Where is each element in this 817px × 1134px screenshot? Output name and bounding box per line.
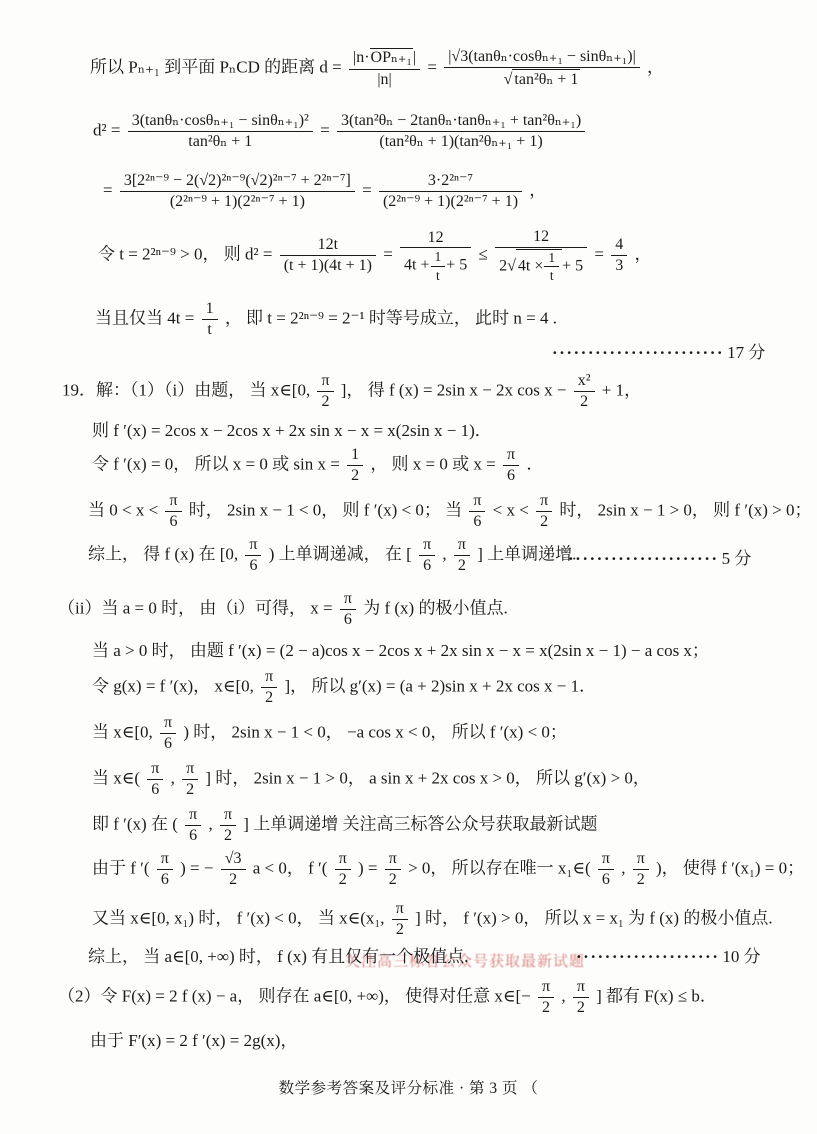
math-text: 2: [339, 871, 347, 888]
math-line-d-squared: d² = 3(tanθₙ·cosθₙ₊₁ − sinθₙ₊₁)² tan²θₙ …: [93, 112, 588, 151]
math-text: 12: [533, 228, 549, 245]
math-text: 当 x∈[0,: [92, 722, 153, 741]
math-text: 2: [186, 781, 194, 798]
math-text: （ii）当 a = 0 时， 由（i）可得， x =: [58, 598, 333, 617]
dotted-leader: ····················: [576, 947, 719, 966]
fraction: 3(tanθₙ·cosθₙ₊₁ − sinθₙ₊₁)² tan²θₙ + 1: [128, 112, 313, 151]
frac-denominator: t: [202, 320, 218, 339]
fraction: π 2: [454, 536, 470, 575]
frac-denominator: 2: [392, 920, 408, 939]
dotted-leader: ························: [552, 343, 724, 362]
frac-denominator: 2: [317, 392, 333, 411]
math-line-part2: （2）令 F(x) = 2 f (x) − a， 则存在 a∈[0, +∞)， …: [58, 978, 717, 1017]
math-text: 为 f (x) 的极小值点.: [363, 598, 507, 617]
math-text: 2: [265, 689, 273, 706]
fraction: 3·2²ⁿ⁻⁷ (2²ⁿ⁻⁹ + 1)(2²ⁿ⁻⁷ + 1): [379, 172, 522, 211]
fraction: π 2: [536, 492, 552, 531]
fraction: π 2: [335, 850, 351, 889]
frac-denominator: 2: [633, 870, 649, 889]
frac-numerator: π: [185, 806, 201, 826]
math-text: ,: [208, 814, 212, 833]
equals-sign: =: [103, 180, 113, 199]
frac-numerator: π: [385, 850, 401, 870]
fraction: |√3(tanθₙ·cosθₙ₊₁ − sinθₙ₊₁)| √tan²θₙ + …: [444, 48, 640, 89]
math-text: ,: [171, 768, 175, 787]
fraction: 12 4t +1t+ 5: [400, 229, 471, 283]
math-text: 令 g(x) = f ′(x)， x∈[0,: [92, 676, 254, 695]
math-text: 4: [615, 236, 623, 253]
frac-denominator: √tan²θₙ + 1: [444, 68, 640, 89]
math-text: + 5: [446, 257, 467, 274]
less-equal-sign: ≤: [479, 244, 488, 263]
math-text: ) 上单调递减， 在 [: [269, 544, 412, 563]
math-text: ) 时， 2sin x − 1 < 0， −a cos x < 0， 所以 f …: [183, 722, 567, 741]
fraction: 1t: [544, 250, 559, 283]
frac-numerator: 3·2²ⁿ⁻⁷: [379, 172, 522, 192]
frac-denominator: 6: [245, 556, 261, 575]
frac-numerator: |√3(tanθₙ·cosθₙ₊₁ − sinθₙ₊₁)|: [444, 48, 640, 68]
math-line-increasing-note: 即 f ′(x) 在 ( π 6 , π 2 ] 上单调递增 关注高三标答公众号…: [92, 806, 597, 845]
frac-denominator: 2: [454, 556, 470, 575]
fraction: π 6: [340, 590, 356, 629]
radicand: tan²θₙ + 1: [512, 69, 580, 89]
math-text: t: [207, 321, 211, 338]
frac-numerator: π: [220, 806, 236, 826]
frac-denominator: 2: [220, 826, 236, 845]
fraction: 1 t: [202, 300, 218, 339]
fraction: π 2: [538, 978, 554, 1017]
math-text: + 5: [562, 257, 583, 274]
math-line-monotonic-summary: 综上， 得 f (x) 在 [0, π 6 ) 上单调递减， 在 [ π 6 ,…: [88, 536, 576, 575]
math-text: > 0， 所以存在唯一 x₁∈(: [408, 858, 591, 877]
math-text: ，: [635, 244, 652, 263]
equals-sign: =: [362, 180, 372, 199]
math-line-derivative: 则 f ′(x) = 2cos x − 2cos x + 2x sin x − …: [92, 420, 492, 442]
math-text: 2: [577, 999, 585, 1016]
equals-sign: =: [383, 244, 393, 263]
frac-numerator: π: [340, 590, 356, 610]
frac-numerator: π: [598, 850, 614, 870]
equals-sign: =: [320, 120, 330, 139]
equals-sign: =: [594, 244, 604, 263]
math-text: 时， 2sin x − 1 > 0， 则 f ′(x) > 0；: [559, 500, 811, 519]
math-text: (2²ⁿ⁻⁹ + 1)(2²ⁿ⁻⁷ + 1): [383, 193, 518, 210]
frac-denominator: (t + 1)(4t + 1): [280, 256, 376, 275]
math-text: 令 f ′(x) = 0， 所以 x = 0 或 sin x =: [92, 454, 340, 473]
math-text: 1: [206, 300, 214, 317]
frac-denominator: 2: [182, 780, 198, 799]
fraction: π 2: [633, 850, 649, 889]
math-text: π: [423, 536, 431, 553]
frac-numerator: π: [317, 372, 333, 392]
math-text: 3(tanθₙ·cosθₙ₊₁ − sinθₙ₊₁)²: [132, 112, 309, 129]
math-text: 6: [151, 781, 159, 798]
math-text: ，: [529, 180, 546, 199]
fraction: π 6: [160, 714, 176, 753]
math-text: 3: [615, 257, 623, 274]
math-text: < x <: [493, 500, 529, 519]
math-text: π: [577, 978, 585, 995]
math-text: t: [436, 268, 440, 283]
math-line-interval-1: 当 x∈[0, π 6 ) 时， 2sin x − 1 < 0， −a cos …: [92, 714, 567, 753]
math-text: 3·2²ⁿ⁻⁷: [428, 172, 473, 189]
frac-numerator: π: [538, 978, 554, 998]
equals-sign: =: [427, 57, 437, 76]
radical-sign: √: [504, 71, 513, 88]
frac-numerator: π: [157, 850, 173, 870]
math-line-case-a0: （ii）当 a = 0 时， 由（i）可得， x = π 6 为 f (x) 的…: [58, 590, 508, 629]
fraction: π 6: [147, 760, 163, 799]
frac-numerator: π: [165, 492, 181, 512]
fraction: 3(tan²θₙ − 2tanθₙ·tanθₙ₊₁ + tan²θₙ₊₁) (t…: [337, 112, 585, 151]
frac-denominator: 6: [598, 870, 614, 889]
math-text: 6: [602, 871, 610, 888]
math-text: 令 t = 2²ⁿ⁻⁹ > 0， 则 d² =: [98, 244, 272, 263]
frac-numerator: |n·OPₙ₊₁|: [349, 48, 420, 69]
frac-numerator: 3(tan²θₙ − 2tanθₙ·tanθₙ₊₁ + tan²θₙ₊₁): [337, 112, 585, 132]
math-line-min-point: 又当 x∈[0, x₁) 时， f ′(x) < 0， 当 x∈(x₁, π 2…: [92, 900, 773, 939]
math-text: 6: [344, 611, 352, 628]
frac-numerator: π: [503, 446, 519, 466]
fraction: π 6: [157, 850, 173, 889]
frac-denominator: 2: [261, 688, 277, 707]
math-text: π: [249, 536, 257, 553]
frac-denominator: t: [431, 267, 446, 283]
fraction: |n·OPₙ₊₁| |n|: [349, 48, 420, 88]
frac-numerator: x²: [574, 372, 595, 392]
math-text: ．: [526, 454, 543, 473]
frac-numerator: π: [335, 850, 351, 870]
math-text: π: [161, 850, 169, 867]
math-text: ) = −: [180, 858, 213, 877]
frac-denominator: 2: [335, 870, 351, 889]
frac-denominator: tan²θₙ + 1: [128, 132, 313, 151]
math-text: 2: [224, 827, 232, 844]
math-text: 4t +: [404, 257, 429, 274]
frac-numerator: π: [536, 492, 552, 512]
math-line-distance: 所以 Pₙ₊₁ 到平面 PₙCD 的距离 d = |n·OPₙ₊₁| |n| =…: [90, 48, 664, 89]
fraction: 1 2: [347, 446, 363, 485]
frac-numerator: π: [454, 536, 470, 556]
frac-denominator: 2: [574, 392, 595, 411]
frac-denominator: 6: [419, 556, 435, 575]
math-line-F-derivative: 由于 F′(x) = 2 f ′(x) = 2g(x)，: [90, 1030, 297, 1052]
math-text: ] 上单调递增.: [477, 544, 576, 563]
math-text: ,: [621, 858, 625, 877]
math-text: π: [396, 900, 404, 917]
math-text: 1: [548, 250, 555, 265]
frac-denominator: 2: [538, 998, 554, 1017]
math-text: π: [344, 590, 352, 607]
math-line-simplify: = 3[2²ⁿ⁻⁹ − 2(√2)²ⁿ⁻⁹(√2)²ⁿ⁻⁷ + 2²ⁿ⁻⁷] (…: [103, 172, 546, 211]
fraction: 12 2√4t ×1t+ 5: [495, 228, 587, 283]
frac-denominator: (2²ⁿ⁻⁹ + 1)(2²ⁿ⁻⁷ + 1): [379, 192, 522, 211]
math-text: 6: [164, 735, 172, 752]
fraction: 4 3: [611, 236, 627, 275]
fraction: π 2: [182, 760, 198, 799]
frac-numerator: 12: [495, 228, 587, 248]
frac-numerator: 1: [544, 250, 559, 267]
math-text: 2: [229, 871, 237, 888]
frac-denominator: 2: [385, 870, 401, 889]
radical-sign: 2√: [499, 257, 516, 274]
math-text: t: [550, 268, 554, 283]
math-text: π: [169, 492, 177, 509]
math-text: 1: [351, 446, 359, 463]
frac-numerator: 4: [611, 236, 627, 256]
math-text: π: [473, 492, 481, 509]
fraction: π 2: [317, 372, 333, 411]
frac-numerator: 1: [202, 300, 218, 320]
frac-numerator: √3: [221, 850, 246, 870]
math-text: (2²ⁿ⁻⁹ + 1)(2²ⁿ⁻⁷ + 1): [170, 193, 305, 210]
score-leader-10: ····················10 分: [576, 946, 761, 968]
math-line-equality-condition: 当且仅当 4t = 1 t ， 即 t = 2²ⁿ⁻⁹ = 2⁻¹ 时等号成立，…: [95, 300, 557, 339]
math-text: ， 则 x = 0 或 x =: [370, 454, 495, 473]
math-text: 2: [637, 871, 645, 888]
dotted-leader: ·····················: [568, 549, 719, 568]
math-text: |n·: [353, 49, 370, 66]
math-text: 由于 F′(x) = 2 f ′(x) = 2g(x)，: [90, 1031, 297, 1050]
math-line-substitution: 令 t = 2²ⁿ⁻⁹ > 0， 则 d² = 12t (t + 1)(4t +…: [98, 228, 652, 283]
frac-numerator: 1: [431, 249, 446, 266]
math-text: 时， 2sin x − 1 < 0， 则 f ′(x) < 0； 当: [189, 500, 462, 519]
math-text: π: [458, 536, 466, 553]
frac-denominator: (2²ⁿ⁻⁹ + 1)(2²ⁿ⁻⁷ + 1): [120, 192, 355, 211]
math-text: 6: [169, 513, 177, 530]
scanned-answer-page: { "sym": { "pi":"π", "two":"2", "six":"6…: [0, 0, 817, 1134]
fraction: π 6: [469, 492, 485, 531]
score-label: 5 分: [722, 549, 752, 568]
frac-numerator: π: [182, 760, 198, 780]
math-text: ] 时， f ′(x) > 0， 所以 x = x₁ 为 f (x) 的极小值点…: [415, 908, 772, 927]
math-text: 当 x∈(: [92, 768, 140, 787]
frac-denominator: 6: [469, 512, 485, 531]
math-text: 4t ×: [518, 257, 543, 274]
score-leader-17: ························17 分: [552, 342, 765, 364]
math-text: |n|: [377, 71, 391, 88]
math-text: π: [540, 492, 548, 509]
fraction: π 2: [573, 978, 589, 1017]
math-line-define-g: 令 g(x) = f ′(x)， x∈[0, π 2 ]， 所以 g′(x) =…: [92, 668, 596, 707]
math-text: ，: [647, 57, 664, 76]
math-text: √3: [225, 850, 242, 867]
math-text: 2: [322, 393, 330, 410]
math-text: ,: [561, 986, 565, 1005]
math-text: 6: [423, 557, 431, 574]
frac-denominator: 3: [611, 256, 627, 275]
math-text: 当 0 < x <: [88, 500, 158, 519]
frac-denominator: t: [544, 267, 559, 283]
math-text: ] 上单调递增: [243, 814, 338, 833]
math-text: ] 都有 F(x) ≤ b．: [596, 986, 717, 1005]
math-text: 则 f ′(x) = 2cos x − 2cos x + 2x sin x − …: [92, 421, 492, 440]
math-text: )， 使得 f ′(x₁) = 0；: [656, 858, 804, 877]
math-text: |√3(tanθₙ·cosθₙ₊₁ − sinθₙ₊₁)|: [448, 48, 636, 65]
frac-numerator: 3[2²ⁿ⁻⁹ − 2(√2)²ⁿ⁻⁹(√2)²ⁿ⁻⁷ + 2²ⁿ⁻⁷]: [120, 172, 355, 192]
page-footer: 数学参考答案及评分标准 · 第 3 页 （: [0, 1076, 817, 1098]
math-text: 所以 Pₙ₊₁ 到平面 PₙCD 的距离 d =: [90, 57, 342, 76]
score-label: 17 分: [727, 343, 765, 362]
frac-denominator: 2: [536, 512, 552, 531]
math-text: 2: [542, 999, 550, 1016]
math-text: π: [507, 446, 515, 463]
math-text: π: [321, 372, 329, 389]
math-text: 又当 x∈[0, x₁) 时， f ′(x) < 0， 当 x∈(x₁,: [92, 908, 385, 927]
math-line-case-a-positive: 当 a > 0 时， 由题 f ′(x) = (2 − a)cos x − 2c…: [92, 640, 709, 662]
frac-denominator: 6: [147, 780, 163, 799]
math-line-critical-points: 令 f ′(x) = 0， 所以 x = 0 或 sin x = 1 2 ， 则…: [92, 446, 543, 485]
fraction: π 6: [419, 536, 435, 575]
math-text: ， 即 t = 2²ⁿ⁻⁹ = 2⁻¹ 时等号成立， 此时 n = 4 .: [225, 308, 557, 327]
frac-numerator: π: [419, 536, 435, 556]
math-text: π: [189, 806, 197, 823]
math-line-unique-root: 由于 f ′( π 6 ) = − √3 2 a < 0， f ′( π 2 )…: [92, 850, 804, 889]
frac-numerator: π: [261, 668, 277, 688]
math-text: 1: [435, 249, 442, 264]
fraction: π 6: [503, 446, 519, 485]
math-text: π: [151, 760, 159, 777]
fraction: π 2: [385, 850, 401, 889]
fraction: 1t: [431, 249, 446, 282]
math-text: 12t: [318, 236, 338, 253]
math-line-interval-2: 当 x∈( π 6 , π 2 ] 时， 2sin x − 1 > 0， a s…: [92, 760, 650, 799]
math-text: π: [542, 978, 550, 995]
frac-numerator: 3(tanθₙ·cosθₙ₊₁ − sinθₙ₊₁)²: [128, 112, 313, 132]
frac-numerator: π: [160, 714, 176, 734]
frac-denominator: (tan²θₙ + 1)(tan²θₙ₊₁ + 1): [337, 132, 585, 151]
math-text: 当 a > 0 时， 由题 f ′(x) = (2 − a)cos x − 2c…: [92, 641, 709, 660]
frac-numerator: π: [469, 492, 485, 512]
frac-numerator: 12t: [280, 236, 376, 256]
fraction: π 6: [185, 806, 201, 845]
frac-numerator: π: [573, 978, 589, 998]
math-text: 当且仅当 4t =: [95, 308, 194, 327]
frac-denominator: |n|: [349, 70, 420, 89]
math-text: π: [164, 714, 172, 731]
frac-denominator: 6: [503, 466, 519, 485]
promo-text: 关注高三标答公众号获取最新试题: [342, 814, 597, 833]
math-text: 3[2²ⁿ⁻⁹ − 2(√2)²ⁿ⁻⁹(√2)²ⁿ⁻⁷ + 2²ⁿ⁻⁷]: [124, 172, 351, 189]
frac-denominator: 6: [340, 610, 356, 629]
math-text: 3(tan²θₙ − 2tanθₙ·tanθₙ₊₁ + tan²θₙ₊₁): [341, 112, 581, 129]
math-text: 2: [396, 921, 404, 938]
math-text: (t + 1)(4t + 1): [284, 257, 372, 274]
math-text: ]， 所以 g′(x) = (a + 2)sin x + 2x cos x − …: [284, 676, 596, 695]
frac-denominator: 2√4t ×1t+ 5: [495, 248, 587, 283]
fraction: π 2: [392, 900, 408, 939]
math-text: （2）令 F(x) = 2 f (x) − a， 则存在 a∈[0, +∞)， …: [58, 986, 531, 1005]
frac-denominator: 4t +1t+ 5: [400, 248, 471, 282]
math-text: 19．解：（1）（i）由题， 当 x∈[0,: [62, 380, 310, 399]
math-text: 6: [189, 827, 197, 844]
fraction: 3[2²ⁿ⁻⁹ − 2(√2)²ⁿ⁻⁹(√2)²ⁿ⁻⁷ + 2²ⁿ⁻⁷] (2²…: [120, 172, 355, 211]
math-text: 2: [351, 467, 359, 484]
math-text: 12: [428, 229, 444, 246]
math-text: x²: [578, 372, 591, 389]
math-text: ) =: [358, 858, 378, 877]
math-text: ] 时， 2sin x − 1 > 0， a sin x + 2x cos x …: [205, 768, 650, 787]
math-text: 由于 f ′(: [92, 858, 150, 877]
math-line-q19-start: 19．解：（1）（i）由题， 当 x∈[0, π 2 ]， 得 f (x) = …: [62, 372, 641, 411]
frac-denominator: 6: [157, 870, 173, 889]
frac-denominator: 2: [347, 466, 363, 485]
math-text: ,: [442, 544, 446, 563]
frac-denominator: 2: [573, 998, 589, 1017]
frac-denominator: 6: [165, 512, 181, 531]
math-text: a < 0， f ′(: [253, 858, 328, 877]
math-text: 6: [249, 557, 257, 574]
frac-numerator: π: [392, 900, 408, 920]
radicand: 4t ×1t: [516, 249, 562, 283]
fraction: 12t (t + 1)(4t + 1): [280, 236, 376, 275]
frac-denominator: 6: [160, 734, 176, 753]
frac-numerator: 1: [347, 446, 363, 466]
vector-overline: OPₙ₊₁: [370, 48, 413, 67]
fraction: π 2: [220, 806, 236, 845]
math-text: 6: [473, 513, 481, 530]
math-text: π: [339, 850, 347, 867]
frac-numerator: π: [147, 760, 163, 780]
fraction: π 6: [165, 492, 181, 531]
fraction: √3 2: [221, 850, 246, 889]
math-text: ]， 得 f (x) = 2sin x − 2x cos x −: [341, 380, 567, 399]
math-text: 综上， 得 f (x) 在 [0,: [88, 544, 238, 563]
frac-numerator: π: [245, 536, 261, 556]
math-text: 6: [507, 467, 515, 484]
fraction: x² 2: [574, 372, 595, 411]
math-text: 综上， 当 a∈[0, +∞) 时， f (x) 有且仅有一个极值点.: [88, 947, 468, 966]
math-text: (tan²θₙ + 1)(tan²θₙ₊₁ + 1): [379, 133, 542, 150]
math-text: 即 f ′(x) 在 (: [92, 814, 178, 833]
fraction: π 2: [261, 668, 277, 707]
math-text: π: [602, 850, 610, 867]
score-label: 10 分: [722, 947, 760, 966]
math-text: π: [389, 850, 397, 867]
math-text: 2: [458, 557, 466, 574]
math-text: π: [265, 668, 273, 685]
frac-denominator: 6: [185, 826, 201, 845]
score-leader-5: ·····················5 分: [568, 548, 751, 570]
math-text: tan²θₙ + 1: [188, 133, 252, 150]
math-text: 2: [580, 393, 588, 410]
math-line-extremum-summary: 综上， 当 a∈[0, +∞) 时， f (x) 有且仅有一个极值点.: [88, 946, 468, 968]
frac-numerator: π: [633, 850, 649, 870]
math-text: 2: [540, 513, 548, 530]
math-text: 2: [389, 871, 397, 888]
math-text: 6: [161, 871, 169, 888]
math-text: π: [224, 806, 232, 823]
fraction: π 6: [245, 536, 261, 575]
math-text: π: [637, 850, 645, 867]
math-line-sign-analysis: 当 0 < x < π 6 时， 2sin x − 1 < 0， 则 f ′(x…: [88, 492, 811, 531]
fraction: π 6: [598, 850, 614, 889]
math-text: + 1，: [602, 380, 641, 399]
math-text: d² =: [93, 120, 120, 139]
frac-denominator: 2: [221, 870, 246, 889]
math-text: π: [186, 760, 194, 777]
frac-numerator: 12: [400, 229, 471, 249]
math-text: |: [413, 49, 416, 66]
